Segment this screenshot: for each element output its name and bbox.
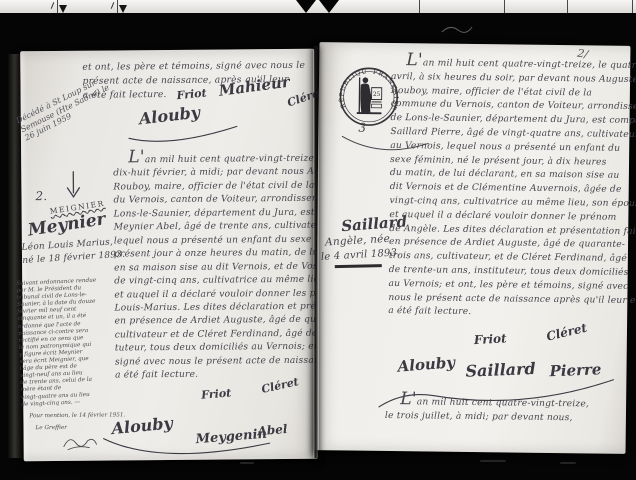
margin-child-name-lines: Léon Louis Marius,né le 18 février 1893. <box>21 236 125 268</box>
stamp-value: 25 <box>373 91 381 98</box>
handwritten-line: présent jour à onze heures du matin, de … <box>114 247 318 262</box>
film-smudge <box>480 460 506 462</box>
signature-witness1-act3: Friot <box>474 331 508 347</box>
film-tick <box>504 0 505 13</box>
film-tick <box>117 0 118 13</box>
film-index-mark <box>51 2 55 9</box>
greffier-line: Le Greffier <box>35 425 67 432</box>
film-smudge <box>560 462 576 464</box>
margin-rectification-note: Suivant ordonnance renduepar M. le Prési… <box>16 277 117 409</box>
handwritten-line: signé avec nous le présent acte de naiss… <box>115 354 319 369</box>
film-arrow-marker <box>119 5 127 13</box>
down-arrow-mark <box>65 171 81 201</box>
film-tick <box>57 0 58 13</box>
film-frame-marker <box>319 0 339 13</box>
film-smudge <box>240 462 254 464</box>
film-index-mark <box>111 2 115 9</box>
act3-body-text: L'an mil huit cent quatre-vingt-treize, … <box>388 57 629 322</box>
act2-body-text: L'an mil huit cent quatre-vingt-treize, … <box>113 153 319 383</box>
handwritten-line: Meynier Abel, âgé de trente ans, cultiva… <box>114 220 318 235</box>
signature-witness1-act2: Friot <box>201 386 232 401</box>
act4-opening-text: L'an mil huit cent quatre-vingt-treize,l… <box>385 395 625 426</box>
handwritten-line: a été fait lecture. <box>388 305 626 322</box>
film-frame-marker <box>296 0 316 13</box>
handwritten-line: de vingt-cinq ans, cultivatrice au même … <box>114 274 318 289</box>
film-tick <box>632 0 633 13</box>
signature-witness2-act3: Cléret <box>545 321 588 344</box>
film-edge-strip <box>0 0 636 13</box>
signature-flourish <box>125 121 245 146</box>
act-number-2: 2. <box>35 189 47 203</box>
film-tick <box>567 0 568 13</box>
greffier-signature-scribble <box>60 433 100 453</box>
margin-child-firstname: Angèle, née <box>325 233 391 249</box>
margin-underline-bar <box>335 264 382 268</box>
margin-death-note: Décédé à St Loup surSemouse (Hte Saône) … <box>15 74 115 143</box>
film-tick <box>419 0 420 13</box>
book-gutter-shadow <box>313 46 319 458</box>
register-page-right: 2/ RÉPUBLIQUE FRANÇAISE 2 <box>315 42 631 454</box>
microfilm-frame: et ont, les père et témoins, signé avec … <box>0 0 636 480</box>
margin-child-surname: Meynier <box>27 209 107 240</box>
stamp-value-tablet: 25 <box>371 88 381 108</box>
film-arrow-marker <box>59 5 67 13</box>
register-page-left: et ont, les père et témoins, signé avec … <box>20 49 318 462</box>
stray-pencil-mark <box>440 22 474 36</box>
handwritten-line: le trois juillet, à midi; par devant nou… <box>385 409 625 426</box>
